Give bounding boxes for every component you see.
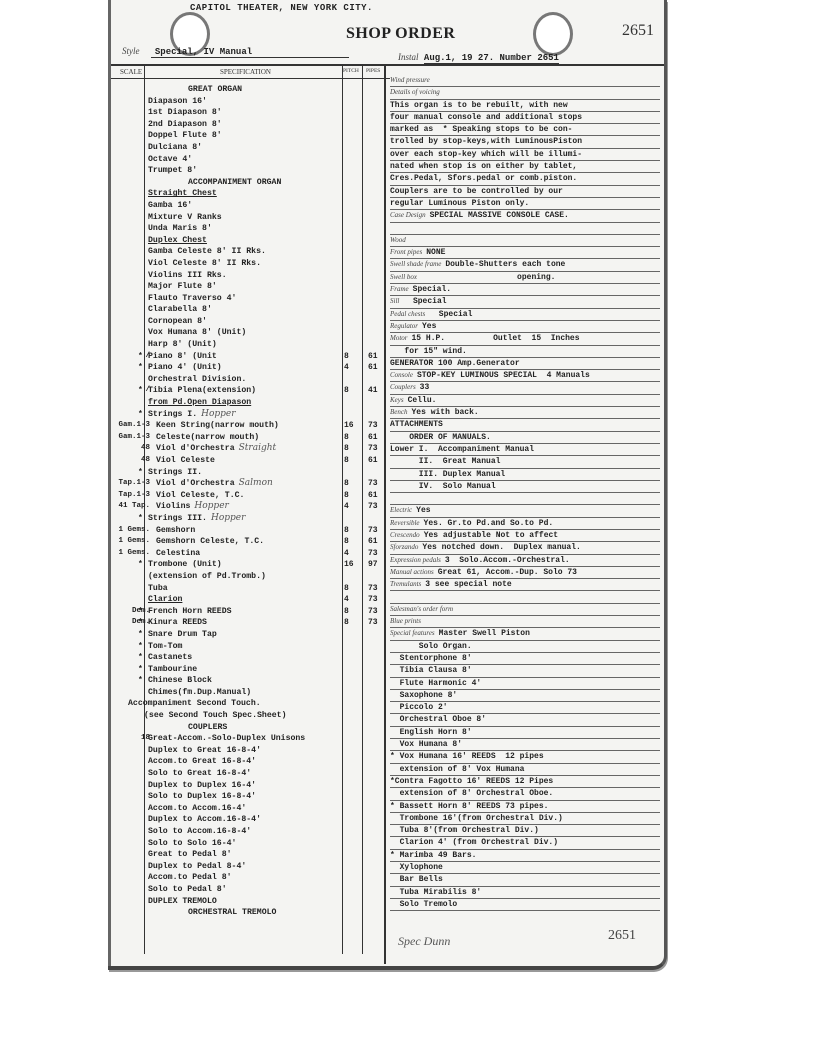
pipes-value: 61 [368,455,378,467]
spec-row: Celeste(narrow mouth)Gam.1-3861 [148,432,384,444]
spec-row: Trumpet 8' [148,165,384,177]
spec-text: Tom-Tom [148,642,182,651]
detail-label: Bench [390,408,408,416]
spec-text: Doppel Flute 8' [148,131,222,140]
spec-row: Tom-Tom* [148,641,384,653]
spec-row: Chimes(fm.Dup.Manual) [148,687,384,699]
detail-row: Salesman's order form [390,604,660,616]
spec-row: Solo to Great 16-8-4' [148,768,384,780]
detail-value: SPECIAL MASSIVE CONSOLE CASE. [430,211,569,220]
spec-row: French Horn REEDSDem.*873 [148,606,384,618]
detail-value: 15 H.P. Outlet 15 Inches [412,334,580,343]
spec-row: Kinura REEDSDem.*873 [148,617,384,629]
detail-row [390,223,660,235]
detail-row: ElectricYes [390,505,660,517]
detail-value: STOP-KEY LUMINOUS SPECIAL 4 Manuals [417,371,590,380]
detail-value: Yes adjustable Not to affect [424,531,558,540]
detail-row: Bar Bells [390,874,660,886]
spec-text: Celestina [148,549,200,558]
pipes-value: 61 [368,490,378,502]
spec-row: Violins III Rks. [148,270,384,282]
detail-label: Manual actions [390,568,434,576]
spec-text: Kinura REEDS [148,618,207,627]
spec-row: Viol d'OrchestraSalmonTap.1-3873 [148,478,384,490]
scale-value: / [110,351,150,363]
pitch-value: 4 [344,594,349,606]
spec-text: Snare Drum Tap [148,630,217,639]
spec-row: Tuba873 [148,583,384,595]
scale-value: / [110,385,150,397]
style-field: Style Special, IV Manual [122,46,392,58]
footer-order-number: 2651 [608,928,636,944]
detail-row: trolled by stop-keys,with LuminousPiston [390,136,660,148]
detail-label: Frame [390,285,409,293]
detail-label: Sill [390,297,399,305]
spec-text: Piano 4' (Unit) [148,363,222,372]
detail-label: Wind pressure [390,76,430,84]
instal-value: Aug.1, 19 27. Number 2651 [424,53,559,64]
spec-text: Solo to Duplex 16-8-4' [148,792,256,801]
handwritten-note: Salmon [239,478,273,488]
spec-row: Chinese Block* [148,675,384,687]
detail-value: trolled by stop-keys,with LuminousPiston [390,137,582,146]
spec-text: GREAT ORGAN [148,85,242,94]
spec-row: ViolinsHopper41 Tap.473 [148,501,384,513]
pitch-value: 8 [344,455,349,467]
pitch-value: 8 [344,536,349,548]
detail-value: Yes [416,506,430,515]
detail-row: Motor15 H.P. Outlet 15 Inches [390,333,660,345]
spec-text: Duplex to Accom.16-8-4' [148,815,261,824]
spec-row: Viol Celeste48861 [148,455,384,467]
detail-row: Sill Special [390,296,660,308]
detail-row: ConsoleSTOP-KEY LUMINOUS SPECIAL 4 Manua… [390,370,660,382]
spec-row: Gemshorn1 Gems.873 [148,525,384,537]
order-number: 2651 [622,22,654,40]
spec-row: (extension of Pd.Tromb.) [148,571,384,583]
detail-label: Crescendo [390,531,420,539]
detail-row: Stentorphone 8' [390,653,660,665]
detail-value: Saxophone 8' [390,691,457,700]
detail-value: Tuba 8'(from Orchestral Div.) [390,826,539,835]
new-stop-marker: * [138,664,143,676]
spec-row: Accompaniment Second Touch. [148,698,384,710]
new-stop-marker: * [138,362,143,374]
handwritten-note: Hopper [194,501,228,511]
pipes-value: 73 [368,501,378,513]
spec-row: Tambourine* [148,664,384,676]
spec-text: COUPLERS [148,723,227,732]
spec-text: Celeste(narrow mouth) [148,433,259,442]
spec-text: Trombone (Unit) [148,560,222,569]
spec-text: Chimes(fm.Dup.Manual) [148,688,251,697]
spec-row: Gamba Celeste 8' II Rks. [148,246,384,258]
spec-text: Solo to Great 16-8-4' [148,769,251,778]
detail-row: RegulatorYes [390,321,660,333]
detail-value: Bar Bells [390,875,443,884]
detail-row: regular Luminous Piston only. [390,198,660,210]
detail-label: Motor [390,334,408,342]
detail-row: extension of 8' Vox Humana [390,764,660,776]
pipes-value: 61 [368,351,378,363]
pitch-value: 8 [344,606,349,618]
spec-text: from Pd.Open Diapason [148,398,251,407]
pitch-value: 8 [344,617,349,629]
detail-value: GENERATOR 100 Amp.Generator [390,359,520,368]
shop-order-sheet: CAPITOL THEATER, NEW YORK CITY. SHOP ORD… [108,0,667,970]
detail-row: extension of 8' Orchestral Oboe. [390,788,660,800]
spec-text: Major Flute 8' [148,282,217,291]
spec-text: Viol Celeste, T.C. [148,491,244,500]
detail-row: II. Great Manual [390,456,660,468]
detail-row: Case DesignSPECIAL MASSIVE CONSOLE CASE. [390,210,660,222]
new-stop-marker: * [138,641,143,653]
handwritten-note: Hopper [211,513,245,523]
detail-row: Orchestral Oboe 8' [390,714,660,726]
detail-value: * Marimba 49 Bars. [390,851,476,860]
spec-row: Strings I.Hopper* [148,409,384,421]
spec-row: Duplex to Duplex 16-4' [148,780,384,792]
spec-row: Flauto Traverso 4' [148,293,384,305]
detail-value: IV. Solo Manual [390,482,496,491]
new-stop-marker: * [138,513,143,525]
spec-row: Accom.to Great 16-8-4' [148,756,384,768]
spec-text: (see Second Touch Spec.Sheet) [144,711,287,720]
detail-label: Blue prints [390,617,421,625]
spec-row: Unda Maris 8' [148,223,384,235]
spec-text: Vox Humana 8' (Unit) [148,328,246,337]
detail-value: Trombone 16'(from Orchestral Div.) [390,814,563,823]
spec-row: Duplex to Pedal 8-4' [148,861,384,873]
pipes-value: 73 [368,525,378,537]
scale-value: 48 [110,455,150,467]
detail-row: Swell shade frameDouble-Shutters each to… [390,259,660,271]
detail-value: opening. [421,273,555,282]
detail-row: Solo Tremolo [390,899,660,911]
detail-label: Sforzando [390,543,418,551]
detail-value: * Vox Humana 16' REEDS 12 pipes [390,752,544,761]
detail-value: Yes. Gr.to Pd.and So.to Pd. [424,519,554,528]
pitch-value: 4 [344,501,349,513]
detail-row: Manual actionsGreat 61, Accom.-Dup. Solo… [390,567,660,579]
spec-row: Keen String(narrow mouth)Gam.1-31673 [148,420,384,432]
pitch-value: 8 [344,432,349,444]
detail-value: Special [429,310,472,319]
col-specification: SPECIFICATION [220,68,271,76]
scale-value: 1 Gems. [110,536,150,548]
spec-text: Clarion [148,595,182,604]
detail-value: Cellu. [408,396,437,405]
scale-value: 1 Gems. [110,525,150,537]
detail-value: Cres.Pedal, Sfors.pedal or comb.piston. [390,174,577,183]
detail-row: Front pipesNONE [390,247,660,259]
spec-row: Harp 8' (Unit) [148,339,384,351]
spec-text: ORCHESTRAL TREMOLO [148,908,276,917]
col-scale: SCALE [120,68,142,76]
detail-value: extension of 8' Vox Humana [390,765,524,774]
detail-value: NONE [426,248,445,257]
spec-text: Solo to Pedal 8' [148,885,227,894]
spec-text: Accom.to Pedal 8' [148,873,232,882]
detail-row: Clarion 4' (from Orchestral Div.) [390,837,660,849]
detail-row: IV. Solo Manual [390,481,660,493]
detail-label: Expression pedals [390,556,441,564]
instal-field: Instal Aug.1, 19 27. Number 2651 [398,52,648,63]
spec-row: ORCHESTRAL TREMOLO [148,907,384,919]
spec-text: Flauto Traverso 4' [148,294,236,303]
spec-text: Solo to Accom.16-8-4' [148,827,251,836]
detail-row: FrameSpecial. [390,284,660,296]
spec-text: Cornopean 8' [148,317,207,326]
detail-row: Pedal chests Special [390,309,660,321]
pipes-value: 73 [368,548,378,560]
detail-row: over each stop-key which will be illumi- [390,149,660,161]
pitch-value: 8 [344,490,349,502]
spec-text: Harp 8' (Unit) [148,340,217,349]
detail-value: extension of 8' Orchestral Oboe. [390,789,553,798]
spec-text: Gemshorn [148,526,195,535]
pitch-value: 4 [344,362,349,374]
detail-value: English Horn 8' [390,728,472,737]
detail-value: Xylophone [390,863,443,872]
detail-row: Details of voicing [390,87,660,99]
spec-row: Piano 4' (Unit)*461 [148,362,384,374]
detail-row [390,591,660,603]
pipes-value: 73 [368,617,378,629]
new-stop-marker: * [138,629,143,641]
style-value: Special, IV Manual [151,47,349,58]
detail-row: marked as * Speaking stops to be con- [390,124,660,136]
detail-row: ORDER OF MANUALS. [390,432,660,444]
new-stop-marker: * [138,675,143,687]
new-stop-marker: * [138,467,143,479]
detail-label: Electric [390,506,412,514]
new-stop-marker: * [138,606,143,618]
spec-row: Trombone (Unit)*1697 [148,559,384,571]
pipes-value: 73 [368,478,378,490]
detail-label: Console [390,371,413,379]
detail-row: Expression pedals3 Solo.Accom.-Orchestra… [390,555,660,567]
spec-row: Great to Pedal 8' [148,849,384,861]
pitch-value: 8 [344,443,349,455]
scale-value: 41 Tap. [110,501,150,513]
detail-row: GENERATOR 100 Amp.Generator [390,358,660,370]
new-stop-marker: * [138,652,143,664]
detail-value: Yes [422,322,436,331]
spec-text: Violins III Rks. [148,271,227,280]
spec-row: Solo to Duplex 16-8-4' [148,791,384,803]
spec-row: Great-Accom.-Solo-Duplex Unisons18 [148,733,384,745]
spec-row: DUPLEX TREMOLO [148,896,384,908]
spec-row: Solo to Solo 16-4' [148,838,384,850]
spec-row: from Pd.Open Diapason [148,397,384,409]
spec-row: ACCOMPANIMENT ORGAN [148,177,384,189]
pipes-value: 73 [368,594,378,606]
detail-row: Piccolo 2' [390,702,660,714]
detail-row: *Contra Fagotto 16' REEDS 12 Pipes [390,776,660,788]
detail-row: * Bassett Horn 8' REEDS 73 pipes. [390,801,660,813]
spec-text: Octave 4' [148,155,192,164]
detail-row: Saxophone 8' [390,690,660,702]
detail-value: for 15" wind. [390,347,467,356]
scale-value: Dem. [110,606,150,618]
pitch-value: 8 [344,525,349,537]
spec-row: Vox Humana 8' (Unit) [148,327,384,339]
detail-value: 33 [420,383,430,392]
detail-value: Great 61, Accom.-Dup. Solo 73 [438,568,577,577]
page-title: SHOP ORDER [346,25,455,43]
spec-text: Chinese Block [148,676,212,685]
spec-row: Straight Chest [148,188,384,200]
spec-row: Accom.to Pedal 8' [148,872,384,884]
details-list: Wind pressureDetails of voicingThis orga… [390,75,660,911]
spec-text: Strings II. [148,468,202,477]
spec-text: Tuba [148,584,168,593]
detail-value: 3 see special note [425,580,511,589]
spec-row: Viol Celeste 8' II Rks. [148,258,384,270]
detail-value: *Contra Fagotto 16' REEDS 12 Pipes [390,777,553,786]
detail-row: Xylophone [390,862,660,874]
detail-row: Trombone 16'(from Orchestral Div.) [390,813,660,825]
spec-row: Clarabella 8' [148,304,384,316]
spec-text: Strings III. [148,514,207,523]
spec-text: Duplex to Duplex 16-4' [148,781,256,790]
detail-row: * Vox Humana 16' REEDS 12 pipes [390,751,660,763]
spec-text: Tambourine [148,665,197,674]
detail-value: over each stop-key which will be illumi- [390,150,582,159]
scale-value: Tap.1-3 [110,490,150,502]
detail-value: Special. [413,285,451,294]
spec-row: Accom.to Accom.16-4' [148,803,384,815]
detail-row: Special featuresMaster Swell Piston [390,628,660,640]
spec-row: Mixture V Ranks [148,212,384,224]
detail-row: Wind pressure [390,75,660,87]
pipes-value: 73 [368,583,378,595]
spec-text: Unda Maris 8' [148,224,212,233]
detail-label: Tremulants [390,580,421,588]
spec-row: Viol d'OrchestraStraight48873 [148,443,384,455]
specification-list: GREAT ORGANDiapason 16'1st Diapason 8'2n… [148,84,384,919]
detail-value: ATTACHMENTS [390,420,443,429]
scale-value: Tap.1-3 [110,478,150,490]
detail-row: Couplers33 [390,382,660,394]
pitch-value: 8 [344,583,349,595]
spec-text: Gemshorn Celeste, T.C. [148,537,264,546]
pipes-value: 73 [368,443,378,455]
detail-value: Orchestral Oboe 8' [390,715,486,724]
detail-row: Swell box opening. [390,272,660,284]
detail-row: Tuba 8'(from Orchestral Div.) [390,825,660,837]
detail-label: Salesman's order form [390,605,453,613]
detail-value: Yes with back. [412,408,479,417]
detail-row: SforzandoYes notched down. Duplex manual… [390,542,660,554]
col-pitch: PITCH [343,68,359,74]
spec-text: Great to Pedal 8' [148,850,232,859]
spec-text: Mixture V Ranks [148,213,222,222]
pitch-value: 16 [344,420,354,432]
spec-row: Gamba 16' [148,200,384,212]
detail-value: Double-Shutters each tone [445,260,565,269]
spec-text: Viol d'Orchestra [148,479,235,488]
detail-label: Wood [390,236,406,244]
detail-value: marked as * Speaking stops to be con- [390,125,572,134]
spec-text: Solo to Solo 16-4' [148,839,236,848]
detail-row: CrescendoYes adjustable Not to affect [390,530,660,542]
pitch-value: 4 [344,548,349,560]
pitch-value: 16 [344,559,354,571]
detail-row: Solo Organ. [390,641,660,653]
detail-value: Vox Humana 8' [390,740,462,749]
detail-label: Couplers [390,383,416,391]
detail-label: Front pipes [390,248,422,256]
detail-row: ATTACHMENTS [390,419,660,431]
spec-row: Solo to Pedal 8' [148,884,384,896]
spec-row: GREAT ORGAN [148,84,384,96]
detail-label: Reversible [390,519,420,527]
signature: Spec Dunn [398,934,450,949]
scale-value: 1 Gems. [110,548,150,560]
spec-text: ACCOMPANIMENT ORGAN [148,178,281,187]
pipes-value: 61 [368,432,378,444]
spec-row: Gemshorn Celeste, T.C.1 Gems.861 [148,536,384,548]
detail-row: This organ is to be rebuilt, with new [390,100,660,112]
detail-value: III. Duplex Manual [390,470,505,479]
spec-text: Gamba Celeste 8' II Rks. [148,247,266,256]
spec-row: Snare Drum Tap* [148,629,384,641]
detail-row: English Horn 8' [390,727,660,739]
detail-label: Regulator [390,322,418,330]
spec-row: Duplex Chest [148,235,384,247]
handwritten-note: Hopper [201,409,235,419]
detail-row: nated when stop is on either by tablet, [390,161,660,173]
detail-row: Lower I. Accompaniment Manual [390,444,660,456]
pipes-value: 41 [368,385,378,397]
spec-text: Piano 8' (Unit [148,352,217,361]
punch-hole [533,12,573,56]
pipes-value: 73 [368,606,378,618]
spec-text: Accom.to Great 16-8-4' [148,757,256,766]
spec-text: 1st Diapason 8' [148,108,222,117]
detail-value: Solo Organ. [390,642,472,651]
pitch-value: 8 [344,351,349,363]
spec-text: Duplex to Great 16-8-4' [148,746,261,755]
spec-text: Accom.to Accom.16-4' [148,804,246,813]
detail-row: Tremulants3 see special note [390,579,660,591]
spec-text: Orchestral Division. [148,375,246,384]
spec-row: COUPLERS [148,722,384,734]
new-stop-marker: * [138,385,143,397]
detail-label: Swell box [390,273,417,281]
detail-value: Solo Tremolo [390,900,457,909]
pipes-value: 73 [368,420,378,432]
new-stop-marker: * [138,351,143,363]
spec-row: Cornopean 8' [148,316,384,328]
detail-row: Couplers are to be controlled by our [390,186,660,198]
new-stop-marker: * [138,617,143,629]
spec-row: Tibia Plena(extension)/*841 [148,385,384,397]
spec-row: Dulciana 8' [148,142,384,154]
spec-row: Duplex to Great 16-8-4' [148,745,384,757]
scale-value: Dem. [110,617,150,629]
detail-value: Stentorphone 8' [390,654,472,663]
pipes-value: 97 [368,559,378,571]
detail-row: Blue prints [390,616,660,628]
spec-row: Castanets* [148,652,384,664]
spec-text: Duplex Chest [148,236,207,245]
spec-row: Doppel Flute 8' [148,130,384,142]
scale-value: 48 [110,443,150,455]
detail-value: Piccolo 2' [390,703,448,712]
